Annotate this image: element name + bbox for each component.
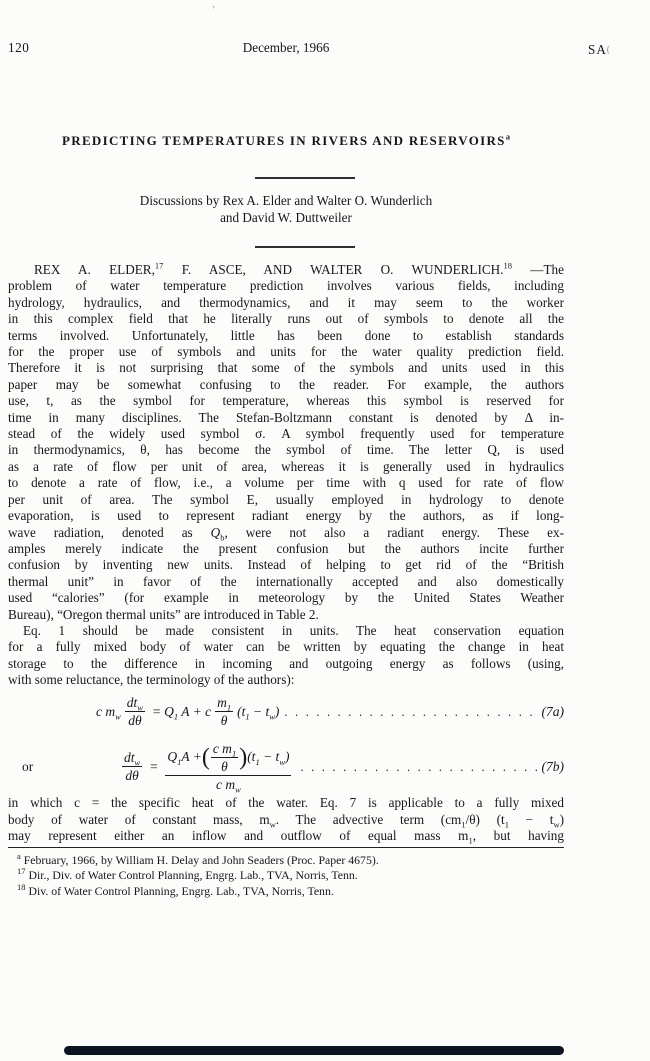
divider-rule-bottom (255, 246, 355, 248)
fraction-numerator: dtw (122, 750, 142, 767)
text-piece: REX A. ELDER, (34, 262, 155, 277)
footnote-text: Div. of Water Control Planning, Engrg. L… (26, 884, 334, 898)
equals-sign: = (152, 704, 161, 720)
footnote-marker-17: 17 (17, 866, 26, 876)
footnote-rule (8, 847, 564, 848)
journal-code: SA( (588, 42, 611, 58)
eq-term: (t1 − tw) (237, 704, 279, 720)
text-line: Eq. 1 should be made consistent in units… (8, 623, 564, 639)
text-piece: Q (167, 749, 177, 764)
equation-7b: or dtwdθ = Q1A +(c m1θ)(t1 − tw)c mw . .… (8, 736, 564, 798)
text-piece: F. ASCE, AND WALTER O. WUNDERLICH. (163, 262, 503, 277)
footnote-17: 17 Dir., Div. of Water Control Planning,… (8, 868, 564, 883)
text-piece: Q (164, 704, 174, 719)
text-line: Bureau), “Oregon thermal units” are intr… (8, 607, 564, 623)
text-line: in which c = the specific heat of the wa… (8, 795, 564, 812)
text-line: for a fully mixed body of water can be w… (8, 639, 564, 655)
text-piece: c m (213, 741, 232, 756)
subscript-w: w (137, 703, 143, 713)
big-fraction-denominator: c mw (165, 776, 291, 793)
text-piece: —The (512, 262, 564, 277)
subscript-w: w (235, 785, 241, 795)
text-piece: dt (124, 750, 135, 765)
text-piece: , but having (473, 828, 564, 843)
text-piece: − t (250, 704, 270, 719)
equation-7a: c mw dtwdθ = Q1 A + c m1θ (t1 − tw) . . … (8, 690, 564, 734)
fraction-dtw-dtheta: dtwdθ (125, 695, 145, 729)
text-line: hydrology, hydraulics, and thermodynamic… (8, 295, 564, 311)
equation-7b-body: dtwdθ = Q1A +(c m1θ)(t1 − tw)c mw (118, 741, 295, 793)
journal-code-text: SA (588, 42, 607, 57)
text-piece: m (217, 695, 227, 710)
text-piece: A + c (178, 704, 211, 719)
byline-line-2: and David W. Duttweiler (8, 209, 564, 226)
paper-title-text: PREDICTING TEMPERATURES IN RIVERS AND RE… (62, 133, 506, 148)
text-line: terms involved. Unfortunately, little ha… (8, 328, 564, 344)
text-piece: , were not also a radiant energy. These … (224, 525, 564, 540)
scanned-paper-page: ’ 120 December, 1966 SA( PREDICTING TEMP… (0, 0, 650, 1061)
equals-sign: = (149, 759, 158, 775)
text-line: paper may be somewhat confusing to the r… (8, 377, 564, 393)
dot-leader: . . . . . . . . . . . . . . . . . . . . … (300, 760, 536, 775)
open-paren: ( (202, 745, 210, 771)
text-line: in this complex field that he literally … (8, 311, 564, 327)
text-line: use, t, as the symbol for temperature, w… (8, 393, 564, 409)
footnotes: a February, 1966, by William H. Delay an… (8, 853, 564, 899)
text-line: with some reluctance, the terminology of… (8, 672, 564, 688)
text-piece: A + (181, 749, 202, 764)
footnote-ref-18: 18 (503, 261, 512, 271)
fraction-denominator: θ (215, 712, 233, 729)
text-line: thermal unit” in favor of the internatio… (8, 574, 564, 590)
text-line: amples merely indicate the present confu… (8, 541, 564, 557)
text-line: body of water of constant mass, mw. The … (8, 812, 564, 829)
byline-line-1: Discussions by Rex A. Elder and Walter O… (8, 192, 564, 209)
footnote-text: Dir., Div. of Water Control Planning, En… (26, 868, 358, 882)
fraction-denominator: θ (211, 758, 238, 775)
eq-term: c mw (96, 704, 121, 720)
text-line: problem of water temperature prediction … (8, 278, 564, 294)
page-header: 120 December, 1966 SA( (8, 40, 642, 58)
text-line: as a rate of flow per unit of area, wher… (8, 459, 564, 475)
paragraph-3: in which c = the specific heat of the wa… (8, 795, 564, 845)
dot-leader: . . . . . . . . . . . . . . . . . . . . … (284, 705, 536, 720)
variable-Q: Q (211, 525, 221, 540)
footnote-18: 18 Div. of Water Control Planning, Engrg… (8, 884, 564, 899)
fraction-numerator: m1 (215, 695, 233, 712)
text-line: wave radiation, denoted as Qb, were not … (8, 525, 564, 541)
footnote-marker-18: 18 (17, 882, 26, 892)
equation-label-7a: (7a) (542, 704, 565, 720)
journal-code-cut-mark: ( (607, 44, 611, 54)
text-piece: dt (127, 695, 138, 710)
text-line: per unit of area. The symbol E, usually … (8, 492, 564, 508)
text-line: evaporation, is used to represent radian… (8, 508, 564, 524)
text-piece: may represent either an inflow and outfl… (8, 828, 468, 843)
text-line: in thermodynamics, θ, has become the sym… (8, 442, 564, 458)
text-line: may represent either an inflow and outfl… (8, 828, 564, 845)
text-line: to denote a rate of flow, i.e., a volume… (8, 475, 564, 491)
text-piece: − t (509, 812, 553, 827)
text-piece: wave radiation, denoted as (8, 525, 211, 540)
big-fraction: Q1A +(c m1θ)(t1 − tw)c mw (165, 741, 291, 793)
text-piece: body of water of constant mass, m (8, 812, 270, 827)
text-line: time in many disciplines. The Stefan-Bol… (8, 410, 564, 426)
scan-artifact-mark: ’ (212, 5, 215, 16)
text-piece: . The advective term (cm (276, 812, 462, 827)
or-label: or (22, 759, 33, 775)
text-line: Therefore it is not surprising that some… (8, 360, 564, 376)
equation-7a-body: c mw dtwdθ = Q1 A + c m1θ (t1 − tw) (96, 695, 279, 729)
fraction-denominator: dθ (125, 712, 145, 729)
fraction-cm1-theta: c m1θ (211, 741, 238, 775)
subscript-1: 1 (227, 703, 231, 713)
byline: Discussions by Rex A. Elder and Walter O… (8, 192, 564, 226)
fraction-numerator: dtw (125, 695, 145, 712)
text-piece: ) (275, 704, 280, 719)
footnote-a: a February, 1966, by William H. Delay an… (8, 853, 564, 868)
text-line: storage to the difference in incoming an… (8, 656, 564, 672)
text-piece: c m (96, 704, 115, 719)
subscript-w: w (115, 712, 121, 722)
big-fraction-numerator: Q1A +(c m1θ)(t1 − tw) (165, 741, 291, 776)
text-piece: − t (260, 749, 280, 764)
text-line: confusion by inventing new units. Instea… (8, 557, 564, 573)
text-piece: ) (285, 749, 290, 764)
fraction-denominator: dθ (122, 767, 142, 784)
fraction-numerator: c m1 (211, 741, 238, 758)
eq-term: Q1 A + c (164, 704, 211, 720)
issue-date: December, 1966 (8, 40, 564, 56)
divider-rule-top (255, 177, 355, 179)
text-piece: ) (560, 812, 564, 827)
subscript-w: w (135, 758, 141, 768)
text-line: REX A. ELDER,17 F. ASCE, AND WALTER O. W… (8, 262, 564, 278)
bottom-bar (64, 1046, 564, 1055)
text-line: for the proper use of symbols and units … (8, 344, 564, 360)
fraction-dtw-dtheta: dtwdθ (122, 750, 142, 784)
equation-label-7b: (7b) (542, 759, 565, 775)
footnote-text: February, 1966, by William H. Delay and … (21, 853, 379, 867)
body-text: REX A. ELDER,17 F. ASCE, AND WALTER O. W… (8, 262, 564, 689)
text-line: stead of the widely used symbol σ. A sym… (8, 426, 564, 442)
title-footnote-marker: a (506, 132, 510, 142)
text-line: used “calories” (for example in meteorol… (8, 590, 564, 606)
paper-title: PREDICTING TEMPERATURES IN RIVERS AND RE… (8, 133, 564, 149)
text-piece: c m (216, 777, 235, 792)
text-piece: /θ) (t (466, 812, 505, 827)
close-paren: ) (239, 745, 247, 771)
subscript-1: 1 (232, 749, 236, 759)
fraction-m1-theta: m1θ (215, 695, 233, 729)
